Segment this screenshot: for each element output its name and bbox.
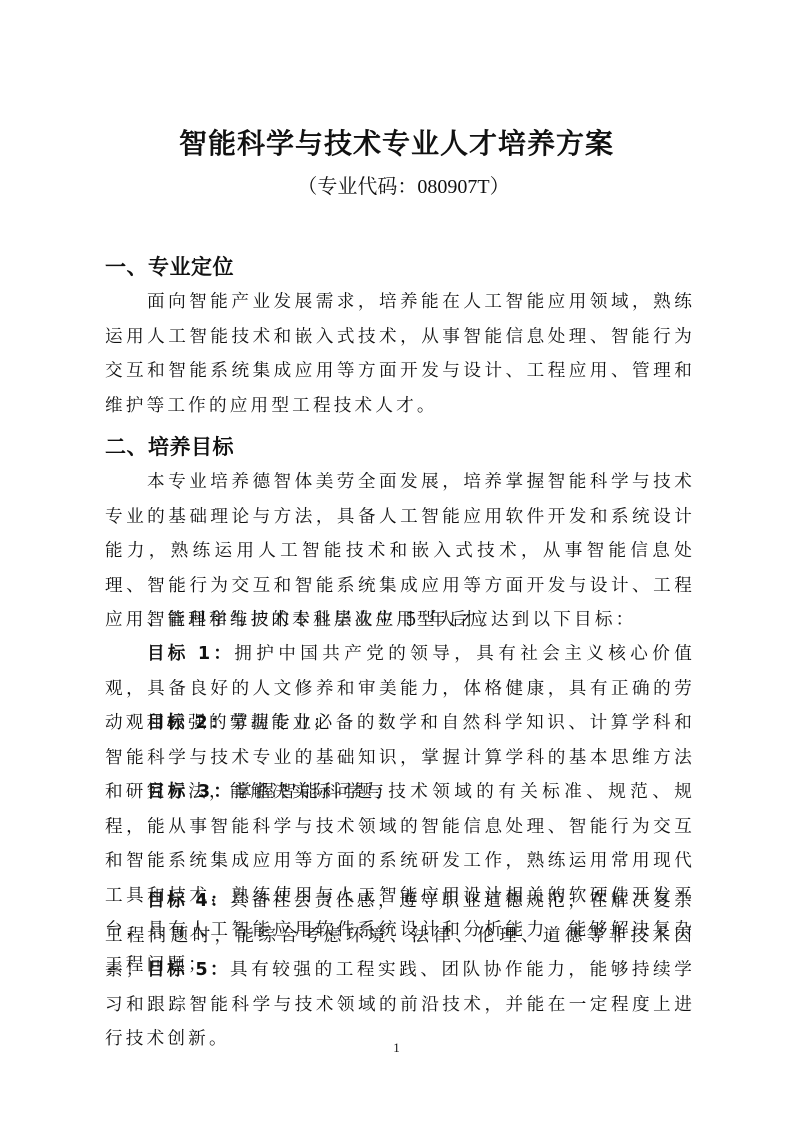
section-heading-objectives: 二、培养目标 bbox=[105, 432, 234, 462]
goal-1-label: 目标 1： bbox=[147, 644, 234, 664]
positioning-paragraph: 面向智能产业发展需求，培养能在人工智能应用领域，熟练运用人工智能技术和嵌入式技术… bbox=[105, 285, 695, 423]
goal-4-label: 目标 4： bbox=[147, 891, 230, 911]
section-heading-positioning: 一、专业定位 bbox=[105, 252, 234, 282]
document-title: 智能科学与技术专业人才培养方案 bbox=[0, 124, 793, 164]
major-code-subtitle: （专业代码：080907T） bbox=[0, 172, 793, 202]
goal-3-label: 目标 3： bbox=[147, 782, 234, 802]
objectives-intro: 智能科学与技术专业毕业生 5 年后应达到以下目标： bbox=[105, 603, 695, 638]
goal-5-label: 目标 5： bbox=[147, 960, 230, 980]
document-page: 智能科学与技术专业人才培养方案 （专业代码：080907T） 一、专业定位 面向… bbox=[0, 0, 793, 1122]
goal-2-label: 目标 2： bbox=[147, 713, 230, 733]
page-number: 1 bbox=[0, 1040, 793, 1056]
